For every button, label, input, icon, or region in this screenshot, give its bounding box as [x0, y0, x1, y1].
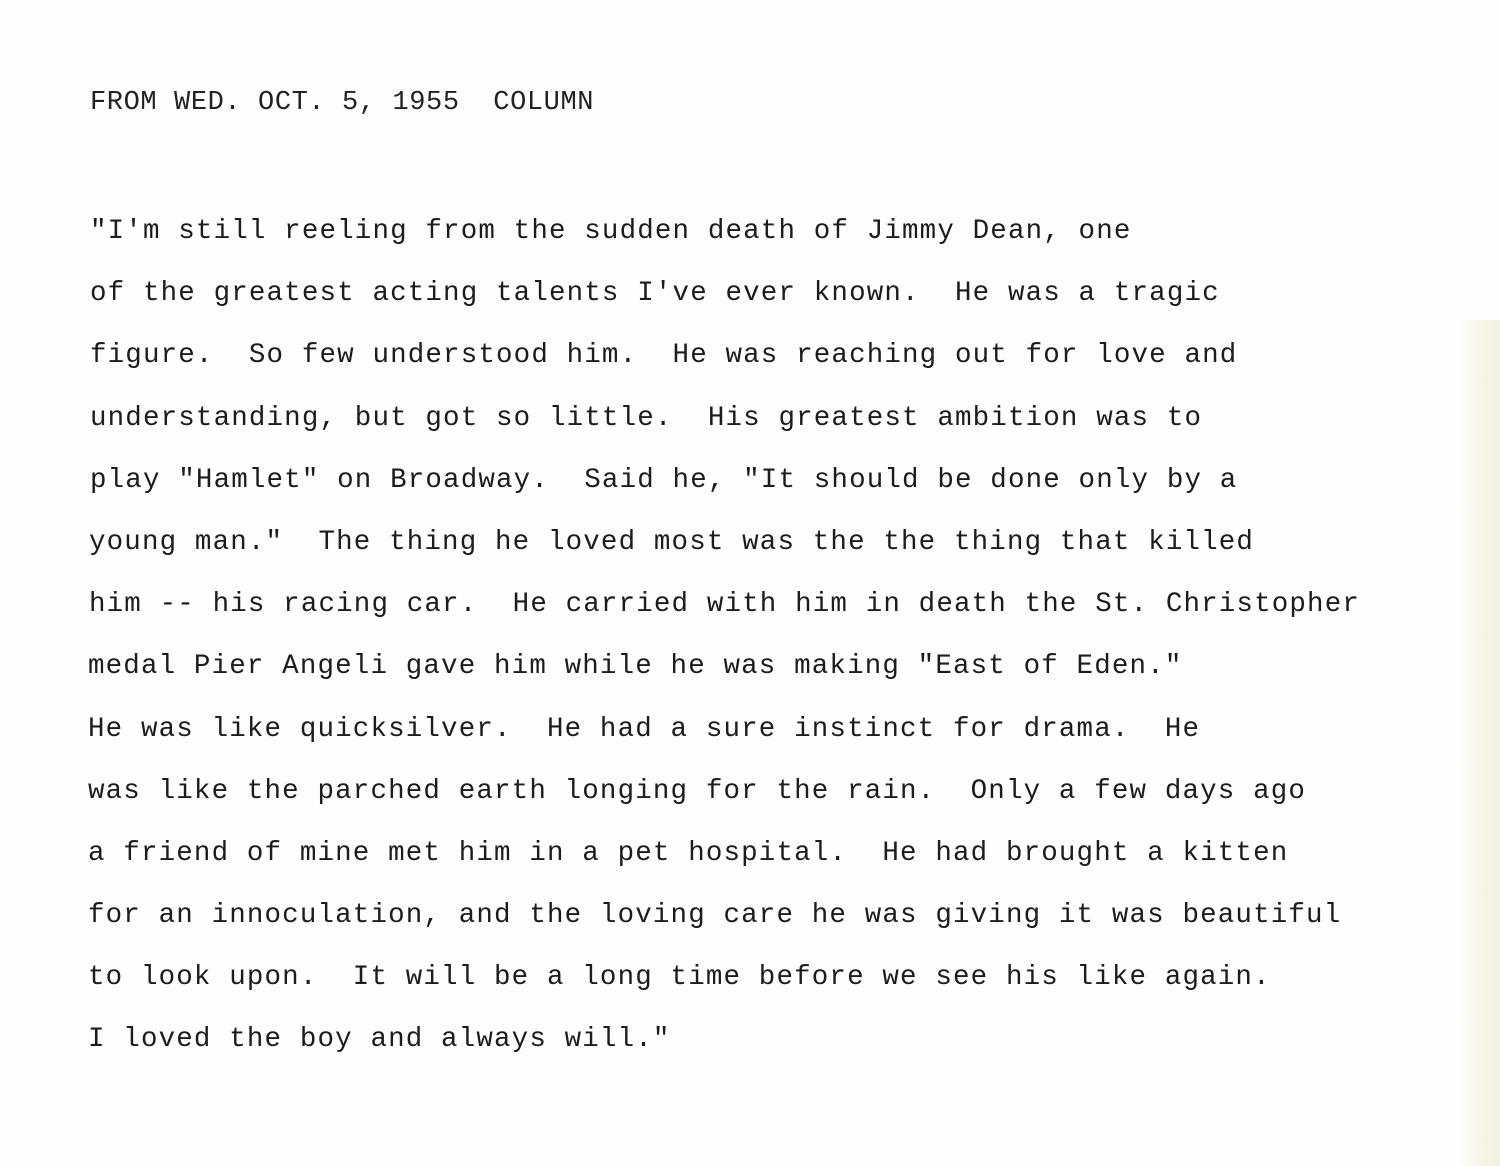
text-line: him -- his racing car. He carried with h…: [88, 583, 1360, 645]
column-quote-body: "I'm still reeling from the sudden death…: [88, 210, 1360, 1081]
text-line: He was like quicksilver. He had a sure i…: [88, 708, 1360, 770]
text-line: I loved the boy and always will.": [88, 1018, 1360, 1080]
text-line: was like the parched earth longing for t…: [88, 770, 1360, 832]
typewritten-page: FROM WED. OCT. 5, 1955 COLUMN "I'm still…: [0, 0, 1500, 1166]
text-line: of the greatest acting talents I've ever…: [88, 272, 1360, 334]
text-line: "I'm still reeling from the sudden death…: [88, 210, 1360, 272]
text-line: young man." The thing he loved most was …: [88, 521, 1360, 583]
text-line: play "Hamlet" on Broadway. Said he, "It …: [88, 459, 1360, 521]
text-line: understanding, but got so little. His gr…: [88, 397, 1360, 459]
text-line: for an innoculation, and the loving care…: [88, 894, 1360, 956]
paper-edge-shadow: [1460, 320, 1500, 1166]
column-date-header: FROM WED. OCT. 5, 1955 COLUMN: [90, 88, 594, 118]
text-line: figure. So few understood him. He was re…: [88, 334, 1360, 396]
text-line: a friend of mine met him in a pet hospit…: [88, 832, 1360, 894]
text-line: medal Pier Angeli gave him while he was …: [88, 645, 1360, 707]
text-line: to look upon. It will be a long time bef…: [88, 956, 1360, 1018]
